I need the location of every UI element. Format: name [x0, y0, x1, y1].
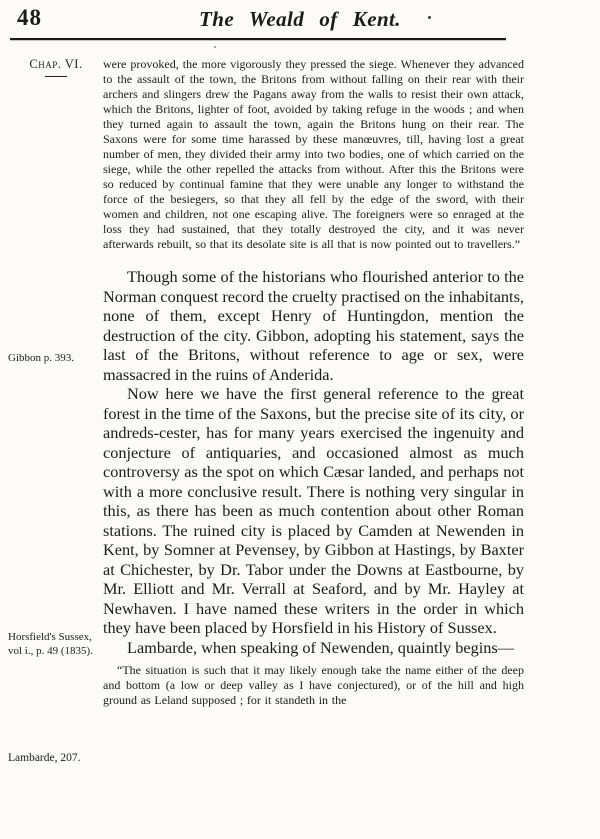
paragraph-historians: Though some of the historians who flouri… — [103, 267, 524, 384]
margin-note-lambarde: Lambarde, 207. — [8, 752, 102, 766]
running-title: The Weald of Kent. — [30, 7, 570, 32]
book-page: 48 The Weald of Kent. Chap. VI. Gibbon p… — [0, 0, 600, 839]
margin-note-chapter: Chap. VI. — [16, 58, 96, 77]
scan-speck — [428, 16, 431, 19]
margin-note-horsfield: Horsfield's Sussex, vol i., p. 49 (1835)… — [8, 631, 102, 658]
margin-note-gibbon: Gibbon p. 393. — [8, 352, 102, 366]
chapter-dash — [45, 76, 67, 77]
text-column: were provoked, the more vigorously they … — [103, 57, 524, 708]
margin-note-chapter-label: Chap. VI. — [29, 57, 82, 71]
blockquote-lambarde: “The situation is such that it may likel… — [103, 663, 524, 708]
paragraph-lambarde-intro: Lambarde, when speaking of Newenden, qua… — [103, 638, 524, 658]
header-rule — [10, 38, 506, 40]
paragraph-forest-reference: Now here we have the first general refer… — [103, 384, 524, 638]
scan-speck — [214, 46, 216, 48]
blockquote-siege-continued: were provoked, the more vigorously they … — [103, 57, 524, 252]
